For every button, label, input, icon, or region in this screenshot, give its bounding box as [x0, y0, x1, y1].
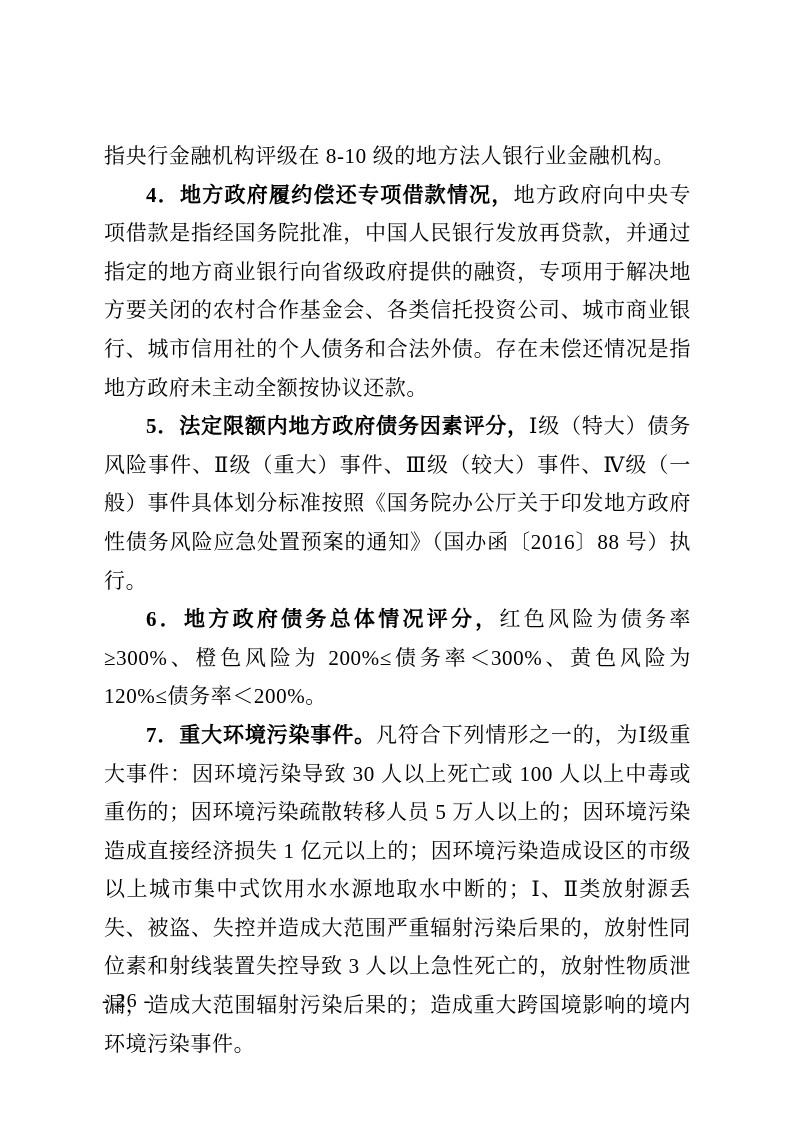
- paragraph-5-heading: 5．法定限额内地方政府债务因素评分，: [146, 414, 529, 438]
- paragraph-4-body: 地方政府向中央专项借款是指经国务院批准，中国人民银行发放再贷款，并通过指定的地方…: [104, 183, 691, 400]
- paragraph-item-4: 4．地方政府履约偿还专项借款情况，地方政府向中央专项借款是指经国务院批准，中国人…: [104, 176, 691, 408]
- paragraph-item-6: 6．地方政府债务总体情况评分，红色风险为债务率≥300%、橙色风险为 200%≤…: [104, 600, 691, 716]
- document-page: 指央行金融机构评级在 8-10 级的地方法人银行业金融机构。 4．地方政府履约偿…: [0, 0, 793, 1122]
- paragraph-7-heading: 7．重大环境污染事件。: [146, 723, 376, 747]
- paragraph-5-body: Ⅰ级（特大）债务风险事件、Ⅱ级（重大）事件、Ⅲ级（较大）事件、Ⅳ级（一般）事件具…: [104, 414, 691, 592]
- paragraph-6-heading: 6．地方政府债务总体情况评分，: [146, 607, 500, 631]
- paragraph-continuation: 指央行金融机构评级在 8-10 级的地方法人银行业金融机构。: [104, 137, 691, 176]
- paragraph-text: 指央行金融机构评级在 8-10 级的地方法人银行业金融机构。: [104, 144, 675, 168]
- paragraph-4-heading: 4．地方政府履约偿还专项借款情况，: [146, 183, 514, 207]
- page-text-block: 指央行金融机构评级在 8-10 级的地方法人银行业金融机构。 4．地方政府履约偿…: [104, 137, 691, 1063]
- paragraph-item-7: 7．重大环境污染事件。凡符合下列情形之一的，为Ⅰ级重大事件：因环境污染导致 30…: [104, 716, 691, 1063]
- paragraph-item-5: 5．法定限额内地方政府债务因素评分，Ⅰ级（特大）债务风险事件、Ⅱ级（重大）事件、…: [104, 407, 691, 600]
- page-number: - 26 -: [102, 990, 151, 1013]
- paragraph-7-body: 凡符合下列情形之一的，为Ⅰ级重大事件：因环境污染导致 30 人以上死亡或 100…: [104, 723, 691, 1056]
